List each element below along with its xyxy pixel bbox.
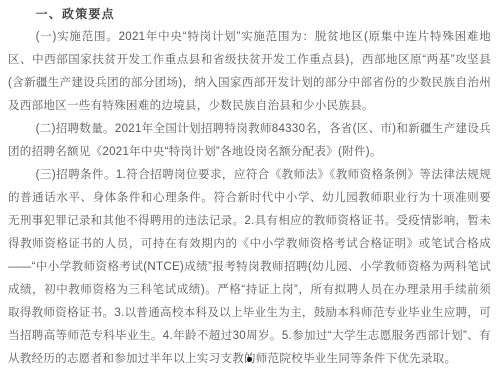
- paragraph-scope-line-3: (含新疆生产建设兵团的部分团场)，纳入国家西部开发计划的部分中部省份的少数民族自…: [8, 72, 491, 95]
- paragraph-conditions-line-3: 无刑事犯罪记录和其他不得聘用的违法记录。2.具有相应的教师资格证书。受疫情影响，…: [8, 210, 491, 233]
- paragraph-conditions-line-4: 得教师资格证书的人员，可持在有效期内的《中小学教师资格考试合格证明》或笔试合格成…: [8, 233, 491, 256]
- paragraph-conditions-line-7: 取得教师资格证书。3.以普通高校本科及以上毕业生为主，鼓励本科师范专业毕业生应聘…: [8, 302, 491, 325]
- paragraph-scope-line-2: 区、中西部国家扶贫开发工作重点县和省级扶贫开发工作重点县)，西部地区原“两基”攻…: [8, 49, 491, 72]
- paragraph-conditions-line-5: ——“中小学教师资格考试(NTCE)成绩”报考特岗教师招聘(幼儿园、小学教师资格…: [8, 256, 491, 279]
- paragraph-quota-line-2: 团的招聘名额见《2021年中央“特岗计划”各地设岗名额分配表》(附件)。: [8, 141, 491, 164]
- paragraph-conditions-line-8: 当招聘高等师范专科毕业生。4.年龄不超过30周岁。5.参加过“大学生志愿服务西部…: [8, 325, 491, 348]
- paragraph-conditions-line-6: 成绩，初中教师资格为三科笔试成绩)。严格“持证上岗”，所有拟聘人员在办理录用手续…: [8, 279, 491, 302]
- paragraph-conditions-line-1: (三)招聘条件。1.符合招聘岗位要求，应符合《教师法》《教师资格条例》等法律法规…: [8, 164, 491, 187]
- paragraph-scope-line-4: 及西部地区一些有特殊困难的边境县，少数民族自治县和少小民族县。: [8, 95, 491, 118]
- paragraph-quota-line-1: (二)招聘数量。2021年全国计划招聘特岗教师84330名，各省(区、市)和新疆…: [8, 118, 491, 141]
- policy-document-page: 一、政策要点 (一)实施范围。2021年中央“特岗计划”实施范围为：脱贫地区(原…: [0, 0, 499, 371]
- paragraph-conditions-line-2: 的普通话水平、身体条件和心理条件。符合新时代中小学、幼儿园教师职业行为十项准则要…: [8, 187, 491, 210]
- page-indicator-dot: [247, 357, 252, 362]
- paragraph-scope-line-1: (一)实施范围。2021年中央“特岗计划”实施范围为：脱贫地区(原集中连片特殊困…: [8, 26, 491, 49]
- section-title: 一、政策要点: [8, 3, 491, 26]
